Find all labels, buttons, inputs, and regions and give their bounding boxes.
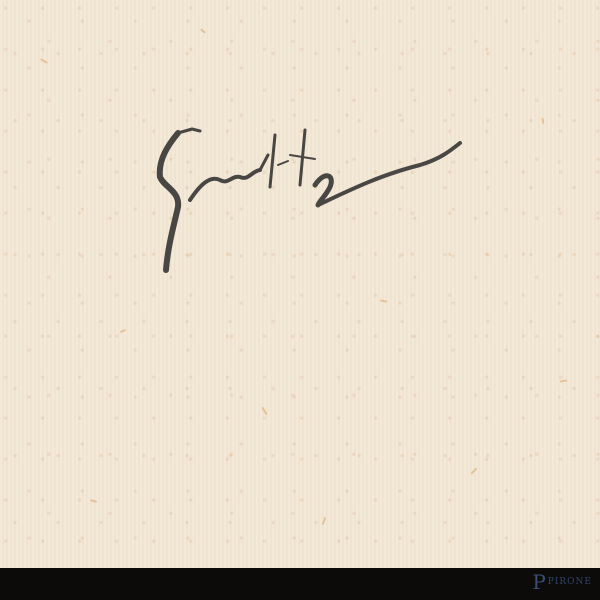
frame-border (0, 568, 600, 600)
watermark-logo: P (532, 572, 545, 592)
watermark-text: PIRONE (548, 577, 592, 587)
signature-scribble (150, 115, 480, 290)
watermark: P PIRONE (532, 572, 592, 592)
